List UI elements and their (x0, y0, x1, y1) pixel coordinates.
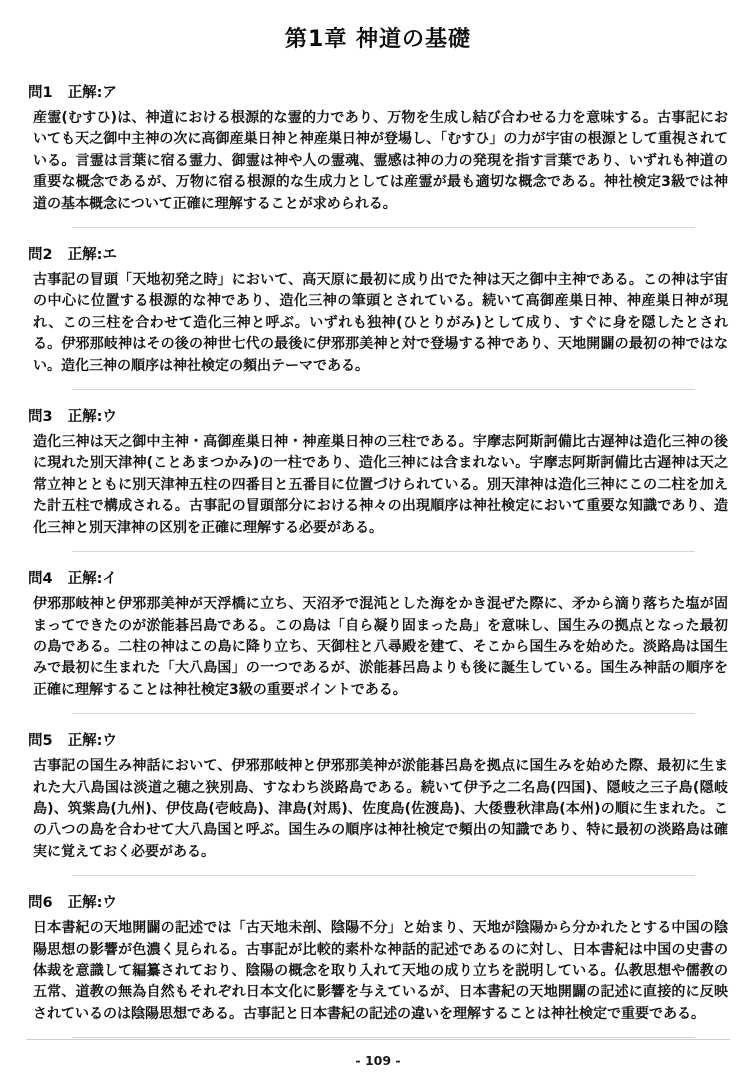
correct-answer-prefix: 正解: (68, 733, 103, 749)
correct-answer-value: ウ (102, 409, 117, 425)
answer-text: 正解:ウ (68, 409, 117, 425)
correct-answer-prefix: 正解: (68, 247, 103, 263)
answer-text: 正解:ウ (68, 895, 117, 911)
page-title: 第1章 神道の基礎 (0, 0, 756, 53)
section-divider (72, 875, 695, 876)
question-heading: 問1正解:ア (28, 81, 728, 102)
correct-answer-prefix: 正解: (68, 409, 103, 425)
section-divider (72, 227, 695, 228)
question-number-label: 問4 (28, 571, 53, 587)
question-number-label: 問3 (28, 409, 53, 425)
question-explanation: 古事記の冒頭「天地初発之時」において、高天原に最初に成り出でた神は天之御中主神で… (33, 270, 728, 377)
answer-text: 正解:イ (68, 571, 117, 587)
correct-answer-value: ア (102, 85, 117, 101)
question-heading: 問6正解:ウ (28, 891, 728, 912)
question-section: 問3正解:ウ 造化三神は天之御中主神・高御産巣日神・神産巣日神の三柱である。宇摩… (28, 405, 728, 552)
correct-answer-value: エ (102, 247, 117, 263)
question-heading: 問4正解:イ (28, 567, 728, 588)
correct-answer-value: ウ (102, 733, 117, 749)
correct-answer-value: ウ (102, 895, 117, 911)
answer-text: 正解:ア (68, 85, 117, 101)
page-number: - 109 - (0, 1053, 756, 1068)
section-divider (72, 713, 695, 714)
correct-answer-prefix: 正解: (68, 85, 103, 101)
question-number-label: 問2 (28, 247, 53, 263)
question-explanation: 造化三神は天之御中主神・高御産巣日神・神産巣日神の三柱である。宇摩志阿斯訶備比古… (33, 432, 728, 539)
question-section: 問4正解:イ 伊邪那岐神と伊邪那美神が天浮橋に立ち、天沼矛で混沌とした海をかき混… (28, 567, 728, 714)
answer-text: 正解:エ (68, 247, 117, 263)
question-heading: 問2正解:エ (28, 243, 728, 264)
section-divider (72, 551, 695, 552)
question-number-label: 問5 (28, 733, 53, 749)
question-explanation: 産霊(むすひ)は、神道における根源的な霊的力であり、万物を生成し結び合わせる力を… (33, 108, 728, 215)
correct-answer-prefix: 正解: (68, 895, 103, 911)
question-section: 問1正解:ア 産霊(むすひ)は、神道における根源的な霊的力であり、万物を生成し結… (28, 81, 728, 228)
correct-answer-value: イ (102, 571, 117, 587)
question-explanation: 日本書紀の天地開闢の記述では「古天地未剖、陰陽不分」と始まり、天地が陰陽から分か… (33, 918, 728, 1025)
question-section: 問2正解:エ 古事記の冒頭「天地初発之時」において、高天原に最初に成り出でた神は… (28, 243, 728, 390)
question-number-label: 問1 (28, 85, 53, 101)
document-page: 第1章 神道の基礎 問1正解:ア 産霊(むすひ)は、神道における根源的な霊的力で… (0, 0, 756, 1080)
question-section: 問5正解:ウ 古事記の国生み神話において、伊邪那岐神と伊邪那美神が淤能碁呂島を拠… (28, 729, 728, 876)
question-explanation: 古事記の国生み神話において、伊邪那岐神と伊邪那美神が淤能碁呂島を拠点に国生みを始… (33, 756, 728, 863)
question-heading: 問3正解:ウ (28, 405, 728, 426)
question-section: 問6正解:ウ 日本書紀の天地開闢の記述では「古天地未剖、陰陽不分」と始まり、天地… (28, 891, 728, 1038)
answer-text: 正解:ウ (68, 733, 117, 749)
questions-container: 問1正解:ア 産霊(むすひ)は、神道における根源的な霊的力であり、万物を生成し結… (0, 81, 756, 1038)
question-explanation: 伊邪那岐神と伊邪那美神が天浮橋に立ち、天沼矛で混沌とした海をかき混ぜた際に、矛か… (33, 594, 728, 701)
correct-answer-prefix: 正解: (68, 571, 103, 587)
section-divider (72, 389, 695, 390)
footer-divider (26, 1039, 730, 1040)
question-heading: 問5正解:ウ (28, 729, 728, 750)
question-number-label: 問6 (28, 895, 53, 911)
